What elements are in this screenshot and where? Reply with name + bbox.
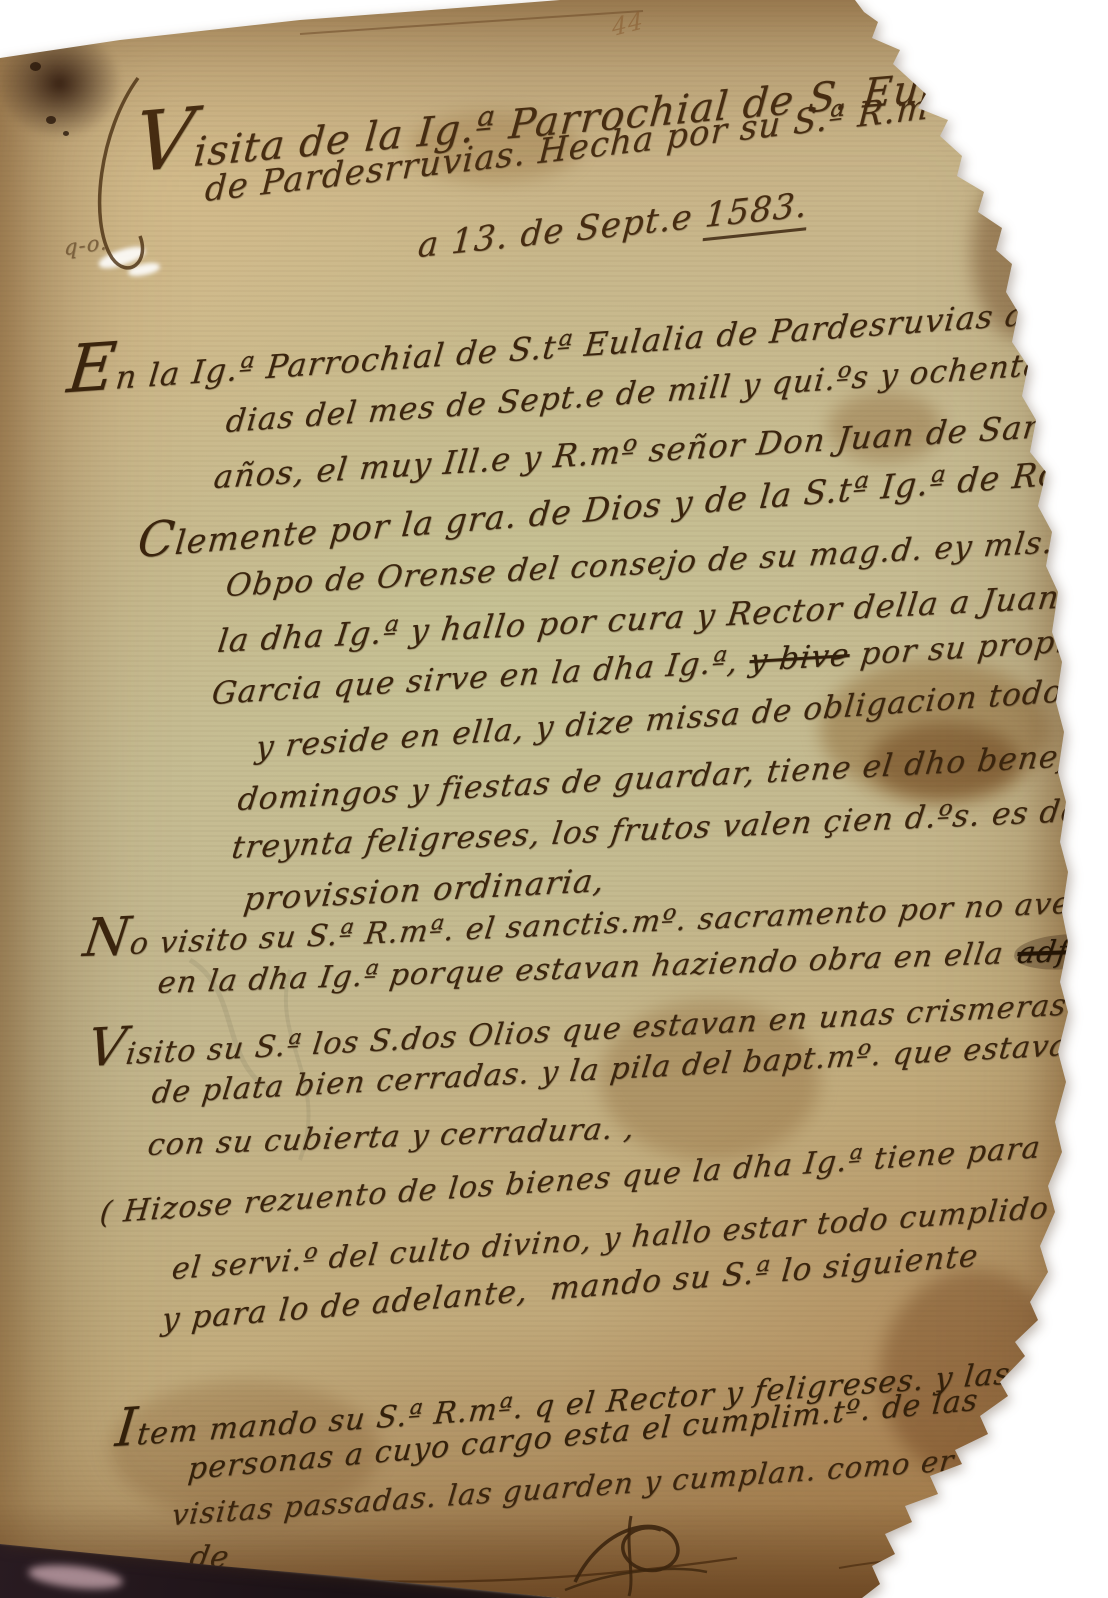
crease-stroke xyxy=(295,6,650,40)
p1-line7-struck-word: y bive xyxy=(748,637,852,679)
page-wrap: 44 q-o. Visita de la Ig.ª Parrochial de … xyxy=(0,0,1108,1598)
notary-rubric xyxy=(545,1510,720,1598)
p4-line4-de: de xyxy=(187,1540,233,1575)
end-flourish-line xyxy=(835,1548,1040,1574)
ink-spot xyxy=(63,131,69,136)
parchment-page: 44 q-o. Visita de la Ig.ª Parrochial de … xyxy=(0,0,1108,1598)
p2-line2-blotted-word: adfich xyxy=(1012,932,1108,971)
ink-spot xyxy=(30,62,41,71)
paraph-flourish xyxy=(990,8,1108,178)
manuscript-photo: 44 q-o. Visita de la Ig.ª Parrochial de … xyxy=(0,0,1108,1598)
ink-spot xyxy=(46,116,56,124)
glare-spot xyxy=(1084,34,1100,62)
